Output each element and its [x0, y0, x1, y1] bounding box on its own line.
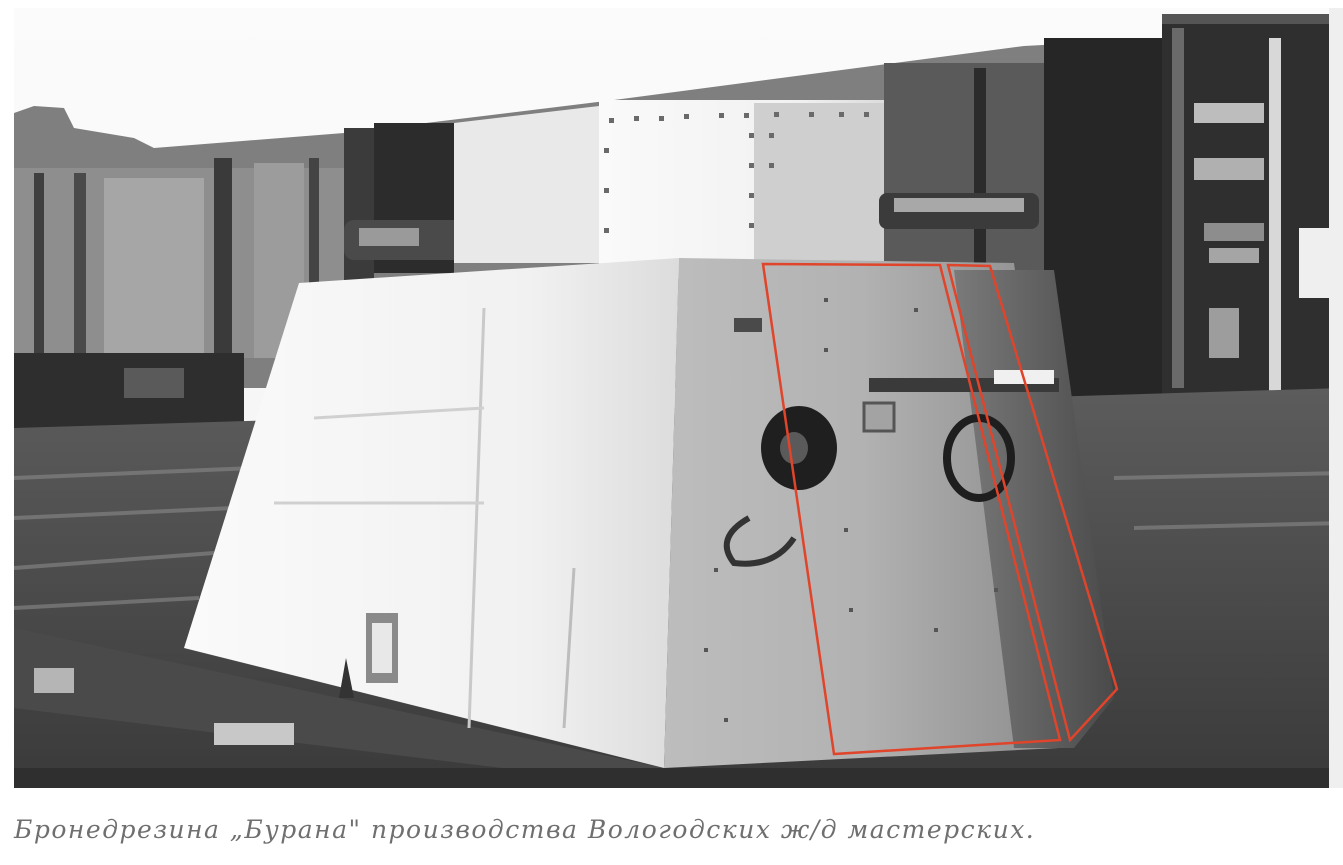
wagon-marking-1: [1194, 103, 1264, 123]
far-right-wagon: [1162, 14, 1343, 398]
photo-scene: [14, 8, 1343, 788]
wagon-marking-2: [1194, 158, 1264, 180]
archival-photo: [14, 8, 1343, 788]
handwritten-caption: Бронедрезина „Бурана" производства Волог…: [14, 808, 1334, 852]
